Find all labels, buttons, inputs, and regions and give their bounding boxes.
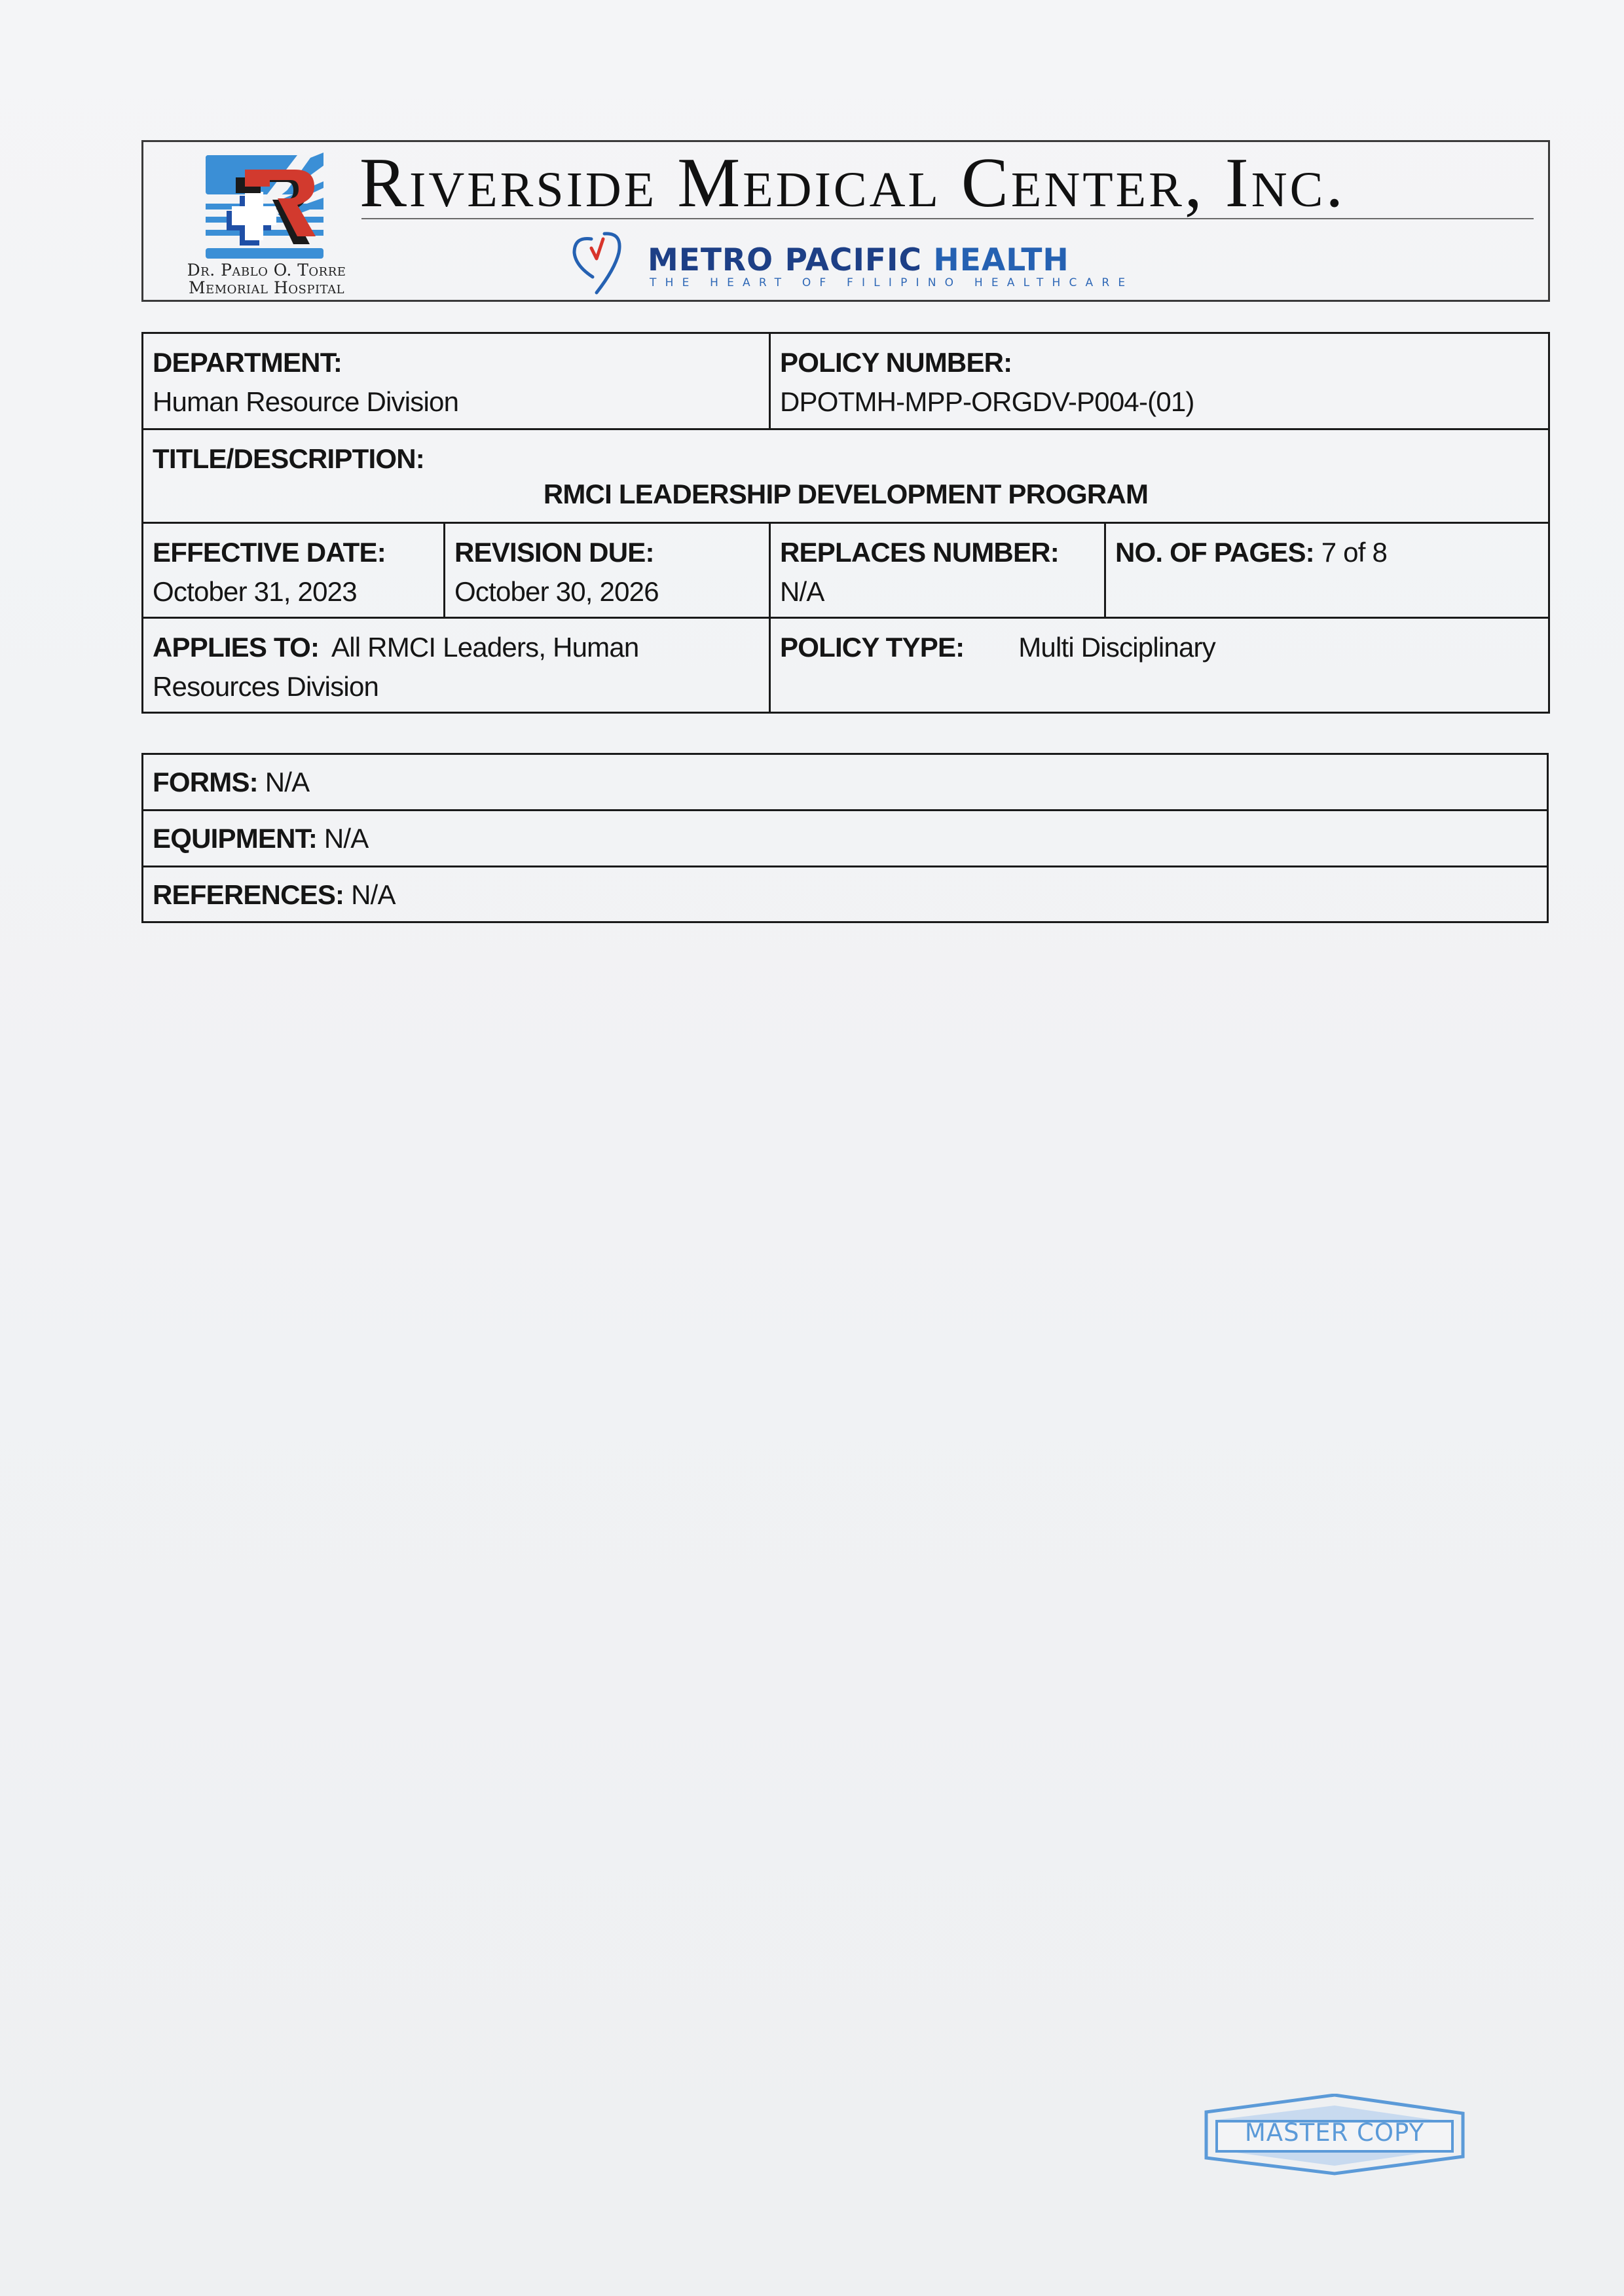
effective-date-value: October 31, 2023	[153, 572, 443, 611]
department-cell: DEPARTMENT: Human Resource Division	[143, 334, 769, 428]
revision-due-label: REVISION DUE:	[454, 533, 769, 572]
effective-date-label: EFFECTIVE DATE:	[153, 533, 443, 572]
forms-row: FORMS: N/A	[143, 755, 1547, 809]
resources-table: FORMS: N/A EQUIPMENT: N/A REFERENCES: N/…	[141, 753, 1549, 923]
hospital-logo-icon	[199, 149, 330, 260]
replaces-number-value: N/A	[780, 572, 1104, 611]
policy-number-value: DPOTMH-MPP-ORGDV-P004-(01)	[780, 382, 1548, 422]
equipment-value: N/A	[324, 823, 369, 854]
partner-tagline: THE HEART OF FILIPINO HEALTHCARE	[650, 276, 1134, 289]
partner-name-part1: METRO PACIFIC	[648, 242, 933, 278]
effective-date-cell: EFFECTIVE DATE: October 31, 2023	[143, 524, 443, 617]
partner-name: METRO PACIFIC HEALTH	[648, 244, 1069, 277]
pages-label: NO. OF PAGES:	[1115, 537, 1314, 568]
hospital-caption: Dr. Pablo O. Torre Memorial Hospital	[172, 261, 361, 297]
pages-value: 7 of 8	[1321, 537, 1387, 568]
header-divider	[361, 218, 1534, 219]
policy-type-label: POLICY TYPE:	[780, 632, 964, 663]
replaces-number-cell: REPLACES NUMBER: N/A	[771, 524, 1104, 617]
pages-cell: NO. OF PAGES: 7 of 8	[1106, 524, 1548, 617]
forms-label: FORMS:	[153, 767, 258, 797]
title-label: TITLE/DESCRIPTION:	[153, 439, 1548, 479]
references-label: REFERENCES:	[153, 879, 344, 910]
references-value: N/A	[351, 879, 396, 910]
equipment-row: EQUIPMENT: N/A	[143, 811, 1547, 866]
department-value: Human Resource Division	[153, 382, 769, 422]
master-copy-stamp: MASTER COPY	[1204, 2094, 1466, 2176]
revision-due-cell: REVISION DUE: October 30, 2026	[445, 524, 769, 617]
partner-name-part2: HEALTH	[933, 242, 1069, 278]
stamp-text: MASTER COPY	[1204, 2119, 1466, 2147]
applies-to-cell: APPLIES TO: All RMCI Leaders, Human Reso…	[143, 619, 769, 712]
department-label: DEPARTMENT:	[153, 343, 769, 382]
policy-type-cell: POLICY TYPE: Multi Disciplinary	[771, 619, 1548, 712]
applies-to-label: APPLIES TO:	[153, 632, 319, 663]
revision-due-value: October 30, 2026	[454, 572, 769, 611]
hospital-caption-line1: Dr. Pablo O. Torre	[172, 261, 361, 279]
references-row: REFERENCES: N/A	[143, 867, 1547, 921]
policy-number-label: POLICY NUMBER:	[780, 343, 1548, 382]
hospital-caption-line2: Memorial Hospital	[172, 279, 361, 297]
title-value: RMCI LEADERSHIP DEVELOPMENT PROGRAM	[143, 475, 1548, 514]
policy-type-value: Multi Disciplinary	[1018, 632, 1215, 663]
company-name: Riverside Medical Center, Inc.	[360, 147, 1346, 219]
letterhead: Dr. Pablo O. Torre Memorial Hospital Riv…	[141, 140, 1550, 302]
forms-value: N/A	[265, 767, 310, 797]
policy-number-cell: POLICY NUMBER: DPOTMH-MPP-ORGDV-P004-(01…	[771, 334, 1548, 428]
equipment-label: EQUIPMENT:	[153, 823, 317, 854]
policy-info-table: DEPARTMENT: Human Resource Division POLI…	[141, 332, 1550, 714]
replaces-number-label: REPLACES NUMBER:	[780, 533, 1104, 572]
heart-checkmark-icon	[568, 230, 627, 295]
